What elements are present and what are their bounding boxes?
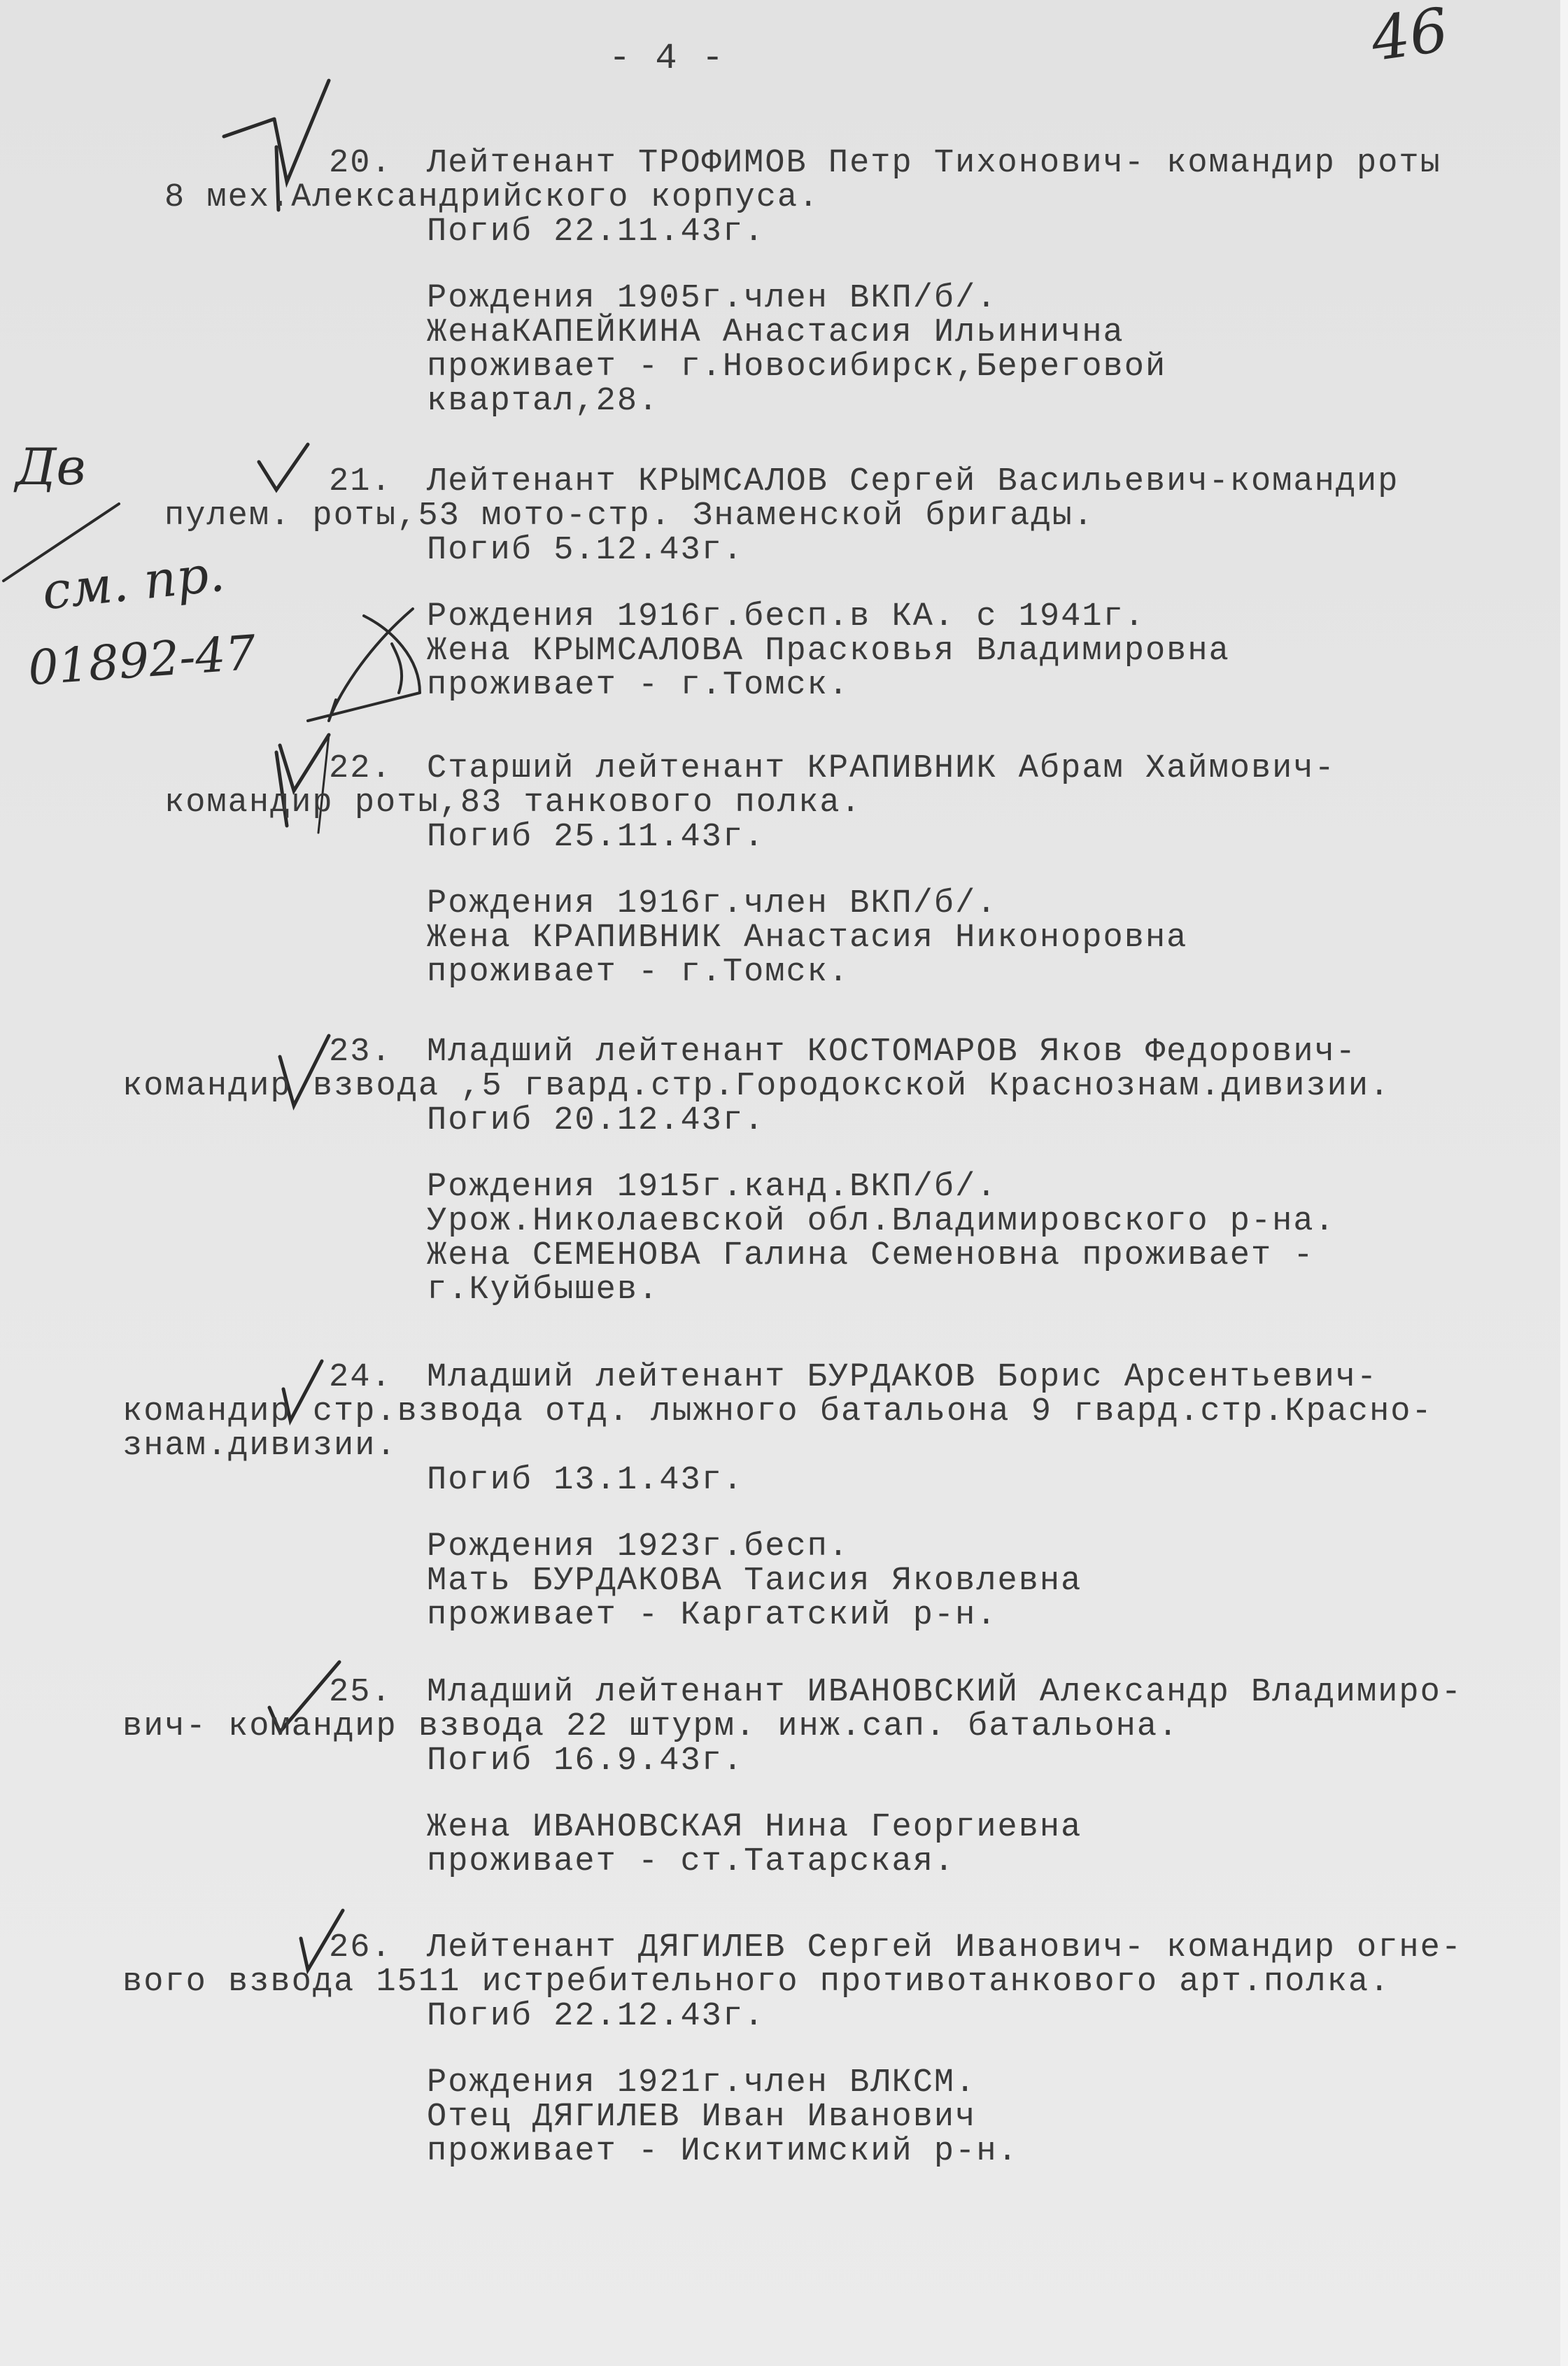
entry-unit: командир роты,83 танкового полка.: [164, 787, 862, 819]
entry-detail: проживает - г.Томск.: [427, 956, 849, 989]
entry-detail: Рождения 1905г.член ВКП/б/.: [427, 282, 998, 315]
entry-number: 21.: [329, 465, 393, 498]
entry-detail: Отец ДЯГИЛЕВ Иван Иванович: [427, 2101, 976, 2134]
entry-heading: Младший лейтенант БУРДАКОВ Борис Арсенть…: [427, 1361, 1378, 1394]
entry-detail: Рождения 1915г.канд.ВКП/б/.: [427, 1171, 998, 1204]
entry-unit: знам.дивизии.: [122, 1430, 397, 1463]
page-edge: [1560, 0, 1568, 2366]
entry-detail: Урож.Николаевской обл.Владимировского р-…: [427, 1205, 1336, 1238]
entry-detail: проживает - ст.Татарская.: [427, 1845, 955, 1878]
entry-death-date: Погиб 22.11.43г.: [427, 216, 765, 248]
entry-heading: Младший лейтенант КОСТОМАРОВ Яков Федоро…: [427, 1036, 1357, 1069]
entry-detail: проживает - Искитимский р-н.: [427, 2135, 1019, 2168]
entry-detail: проживает - г.Томск.: [427, 669, 849, 702]
entry-number: 26.: [329, 1931, 393, 1964]
entry-heading: Старший лейтенант КРАПИВНИК Абрам Хаймов…: [427, 752, 1336, 785]
entry-detail: проживает - г.Новосибирск,Береговой: [427, 351, 1166, 383]
entry-death-date: Погиб 13.1.43г.: [427, 1464, 744, 1497]
entry-detail: квартал,28.: [427, 385, 659, 418]
entry-detail: Жена КРАПИВНИК Анастасия Никоноровна: [427, 922, 1187, 955]
margin-note-dv: Дв: [15, 437, 85, 496]
entry-heading: Лейтенант ТРОФИМОВ Петр Тихонович- коман…: [427, 147, 1441, 180]
entry-unit: вич- командир взвода 22 штурм. инж.сап. …: [122, 1710, 1179, 1743]
entry-unit: командир стр.взвода отд. лыжного батальо…: [122, 1395, 1433, 1428]
entry-heading: Младший лейтенант ИВАНОВСКИЙ Александр В…: [427, 1676, 1462, 1709]
entry-detail: Рождения 1921г.член ВЛКСМ.: [427, 2066, 976, 2099]
entry-detail: Жена ИВАНОВСКАЯ Нина Георгиевна: [427, 1811, 1082, 1844]
entry-unit: вого взвода 1511 истребительного противо…: [122, 1966, 1390, 1999]
entry-unit: командир взвода ,5 гвард.стр.Городокской…: [122, 1070, 1390, 1103]
entry-detail: г.Куйбышев.: [427, 1274, 659, 1307]
entry-number: 22.: [329, 752, 393, 785]
entry-heading: Лейтенант КРЫМСАЛОВ Сергей Васильевич-ко…: [427, 465, 1399, 498]
entry-detail: Жена СЕМЕНОВА Галина Семеновна проживает…: [427, 1239, 1315, 1272]
entry-unit: пулем. роты,53 мото-стр. Знаменской бриг…: [164, 500, 1094, 533]
handwritten-folio-number: 46: [1367, 0, 1453, 75]
entry-detail: Жена КРЫМСАЛОВА Прасковья Владимировна: [427, 635, 1230, 668]
entry-death-date: Погиб 25.11.43г.: [427, 821, 765, 854]
entry-death-date: Погиб 5.12.43г.: [427, 534, 744, 567]
entry-detail: проживает - Каргатский р-н.: [427, 1599, 998, 1632]
entry-death-date: Погиб 20.12.43г.: [427, 1104, 765, 1137]
entry-detail: Рождения 1916г.член ВКП/б/.: [427, 887, 998, 920]
entry-number: 23.: [329, 1036, 393, 1069]
entry-death-date: Погиб 22.12.43г.: [427, 2000, 765, 2033]
entry-detail: Мать БУРДАКОВА Таисия Яковлевна: [427, 1565, 1082, 1598]
entry-heading: Лейтенант ДЯГИЛЕВ Сергей Иванович- коман…: [427, 1931, 1462, 1964]
entry-detail: Рождения 1916г.бесп.в КА. с 1941г.: [427, 600, 1145, 633]
entry-number: 25.: [329, 1676, 393, 1709]
entry-number: 24.: [329, 1361, 393, 1394]
entry-unit: 8 мех.Александрийского корпуса.: [164, 181, 819, 214]
entry-detail: Рождения 1923г.бесп.: [427, 1530, 849, 1563]
entry-detail: ЖенаКАПЕЙКИНА Анастасия Ильинична: [427, 316, 1124, 349]
entry-death-date: Погиб 16.9.43г.: [427, 1745, 744, 1777]
page-number: - 4 -: [609, 41, 725, 77]
entry-number: 20.: [329, 147, 393, 180]
